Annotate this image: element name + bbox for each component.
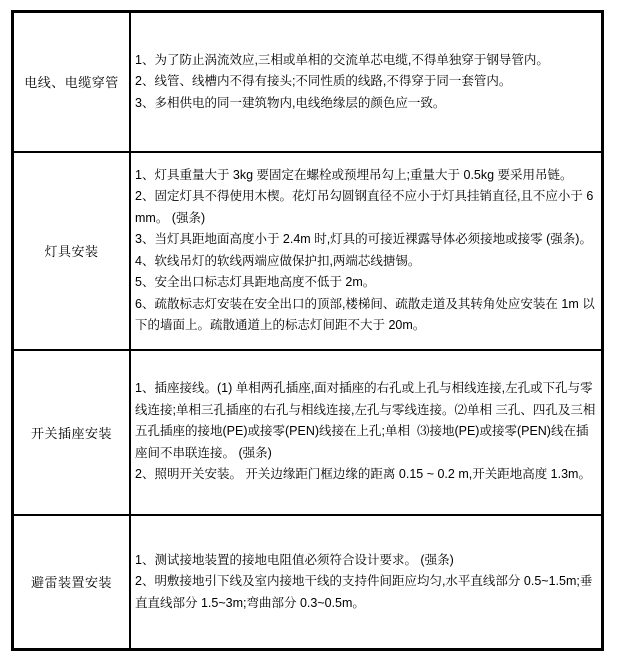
row-content-wire-cable-conduit: 1、为了防止涡流效应,三相或单相的交流单芯电缆,不得单独穿于钢导管内。 2、线管… (130, 12, 603, 152)
row-label-lightning-protection-installation: 避雷装置安装 (13, 515, 131, 650)
table-row: 电线、电缆穿管 1、为了防止涡流效应,三相或单相的交流单芯电缆,不得单独穿于钢导… (13, 12, 603, 152)
content-item: 1、为了防止涡流效应,三相或单相的交流单芯电缆,不得单独穿于钢导管内。 (135, 50, 597, 72)
row-label-text: 开关插座安装 (31, 426, 112, 441)
content-item: 5、安全出口标志灯具距地高度不低于 2m。 (135, 272, 597, 294)
table-row: 开关插座安装 1、插座接线。(1) 单相两孔插座,面对插座的右孔或上孔与相线连接… (13, 350, 603, 515)
content-item: 3、当灯具距地面高度小于 2.4m 时,灯具的可接近裸露导体必须接地或接零 (强… (135, 229, 597, 251)
content-item: 1、灯具重量大于 3kg 要固定在螺栓或预埋吊勾上;重量大于 0.5kg 要采用… (135, 165, 597, 187)
row-content-lamp-installation: 1、灯具重量大于 3kg 要固定在螺栓或预埋吊勾上;重量大于 0.5kg 要采用… (130, 152, 603, 350)
row-label-wire-cable-conduit: 电线、电缆穿管 (13, 12, 131, 152)
row-label-text: 电线、电缆穿管 (24, 75, 119, 90)
electrical-spec-table: 电线、电缆穿管 1、为了防止涡流效应,三相或单相的交流单芯电缆,不得单独穿于钢导… (11, 10, 604, 651)
content-item: 1、测试接地装置的接地电阻值必须符合设计要求。 (强条) (135, 550, 597, 572)
row-content-switch-socket-installation: 1、插座接线。(1) 单相两孔插座,面对插座的右孔或上孔与相线连接,左孔或下孔与… (130, 350, 603, 515)
row-content-lightning-protection-installation: 1、测试接地装置的接地电阻值必须符合设计要求。 (强条) 2、明敷接地引下线及室… (130, 515, 603, 650)
row-label-text: 灯具安装 (44, 244, 98, 259)
content-item: 1、插座接线。(1) 单相两孔插座,面对插座的右孔或上孔与相线连接,左孔或下孔与… (135, 378, 597, 464)
content-item: 6、疏散标志灯安装在安全出口的顶部,楼梯间、疏散走道及其转角处应安装在 1m 以… (135, 294, 597, 337)
content-item: 2、固定灯具不得使用木楔。花灯吊勾圆钢直径不应小于灯具挂销直径,且不应小于 6m… (135, 186, 597, 229)
content-item: 4、软线吊灯的软线两端应做保护扣,两端芯线搪锡。 (135, 251, 597, 273)
table-row: 灯具安装 1、灯具重量大于 3kg 要固定在螺栓或预埋吊勾上;重量大于 0.5k… (13, 152, 603, 350)
content-item: 2、照明开关安装。 开关边缘距门框边缘的距离 0.15 ~ 0.2 m,开关距地… (135, 464, 597, 486)
row-label-switch-socket-installation: 开关插座安装 (13, 350, 131, 515)
content-item: 2、线管、线槽内不得有接头;不同性质的线路,不得穿于同一套管内。 (135, 71, 597, 93)
table-row: 避雷装置安装 1、测试接地装置的接地电阻值必须符合设计要求。 (强条) 2、明敷… (13, 515, 603, 650)
row-label-text: 避雷装置安装 (31, 575, 112, 590)
content-item: 3、多相供电的同一建筑物内,电线绝缘层的颜色应一致。 (135, 93, 597, 115)
row-label-lamp-installation: 灯具安装 (13, 152, 131, 350)
content-item: 2、明敷接地引下线及室内接地干线的支持件间距应均匀,水平直线部分 0.5~1.5… (135, 571, 597, 614)
